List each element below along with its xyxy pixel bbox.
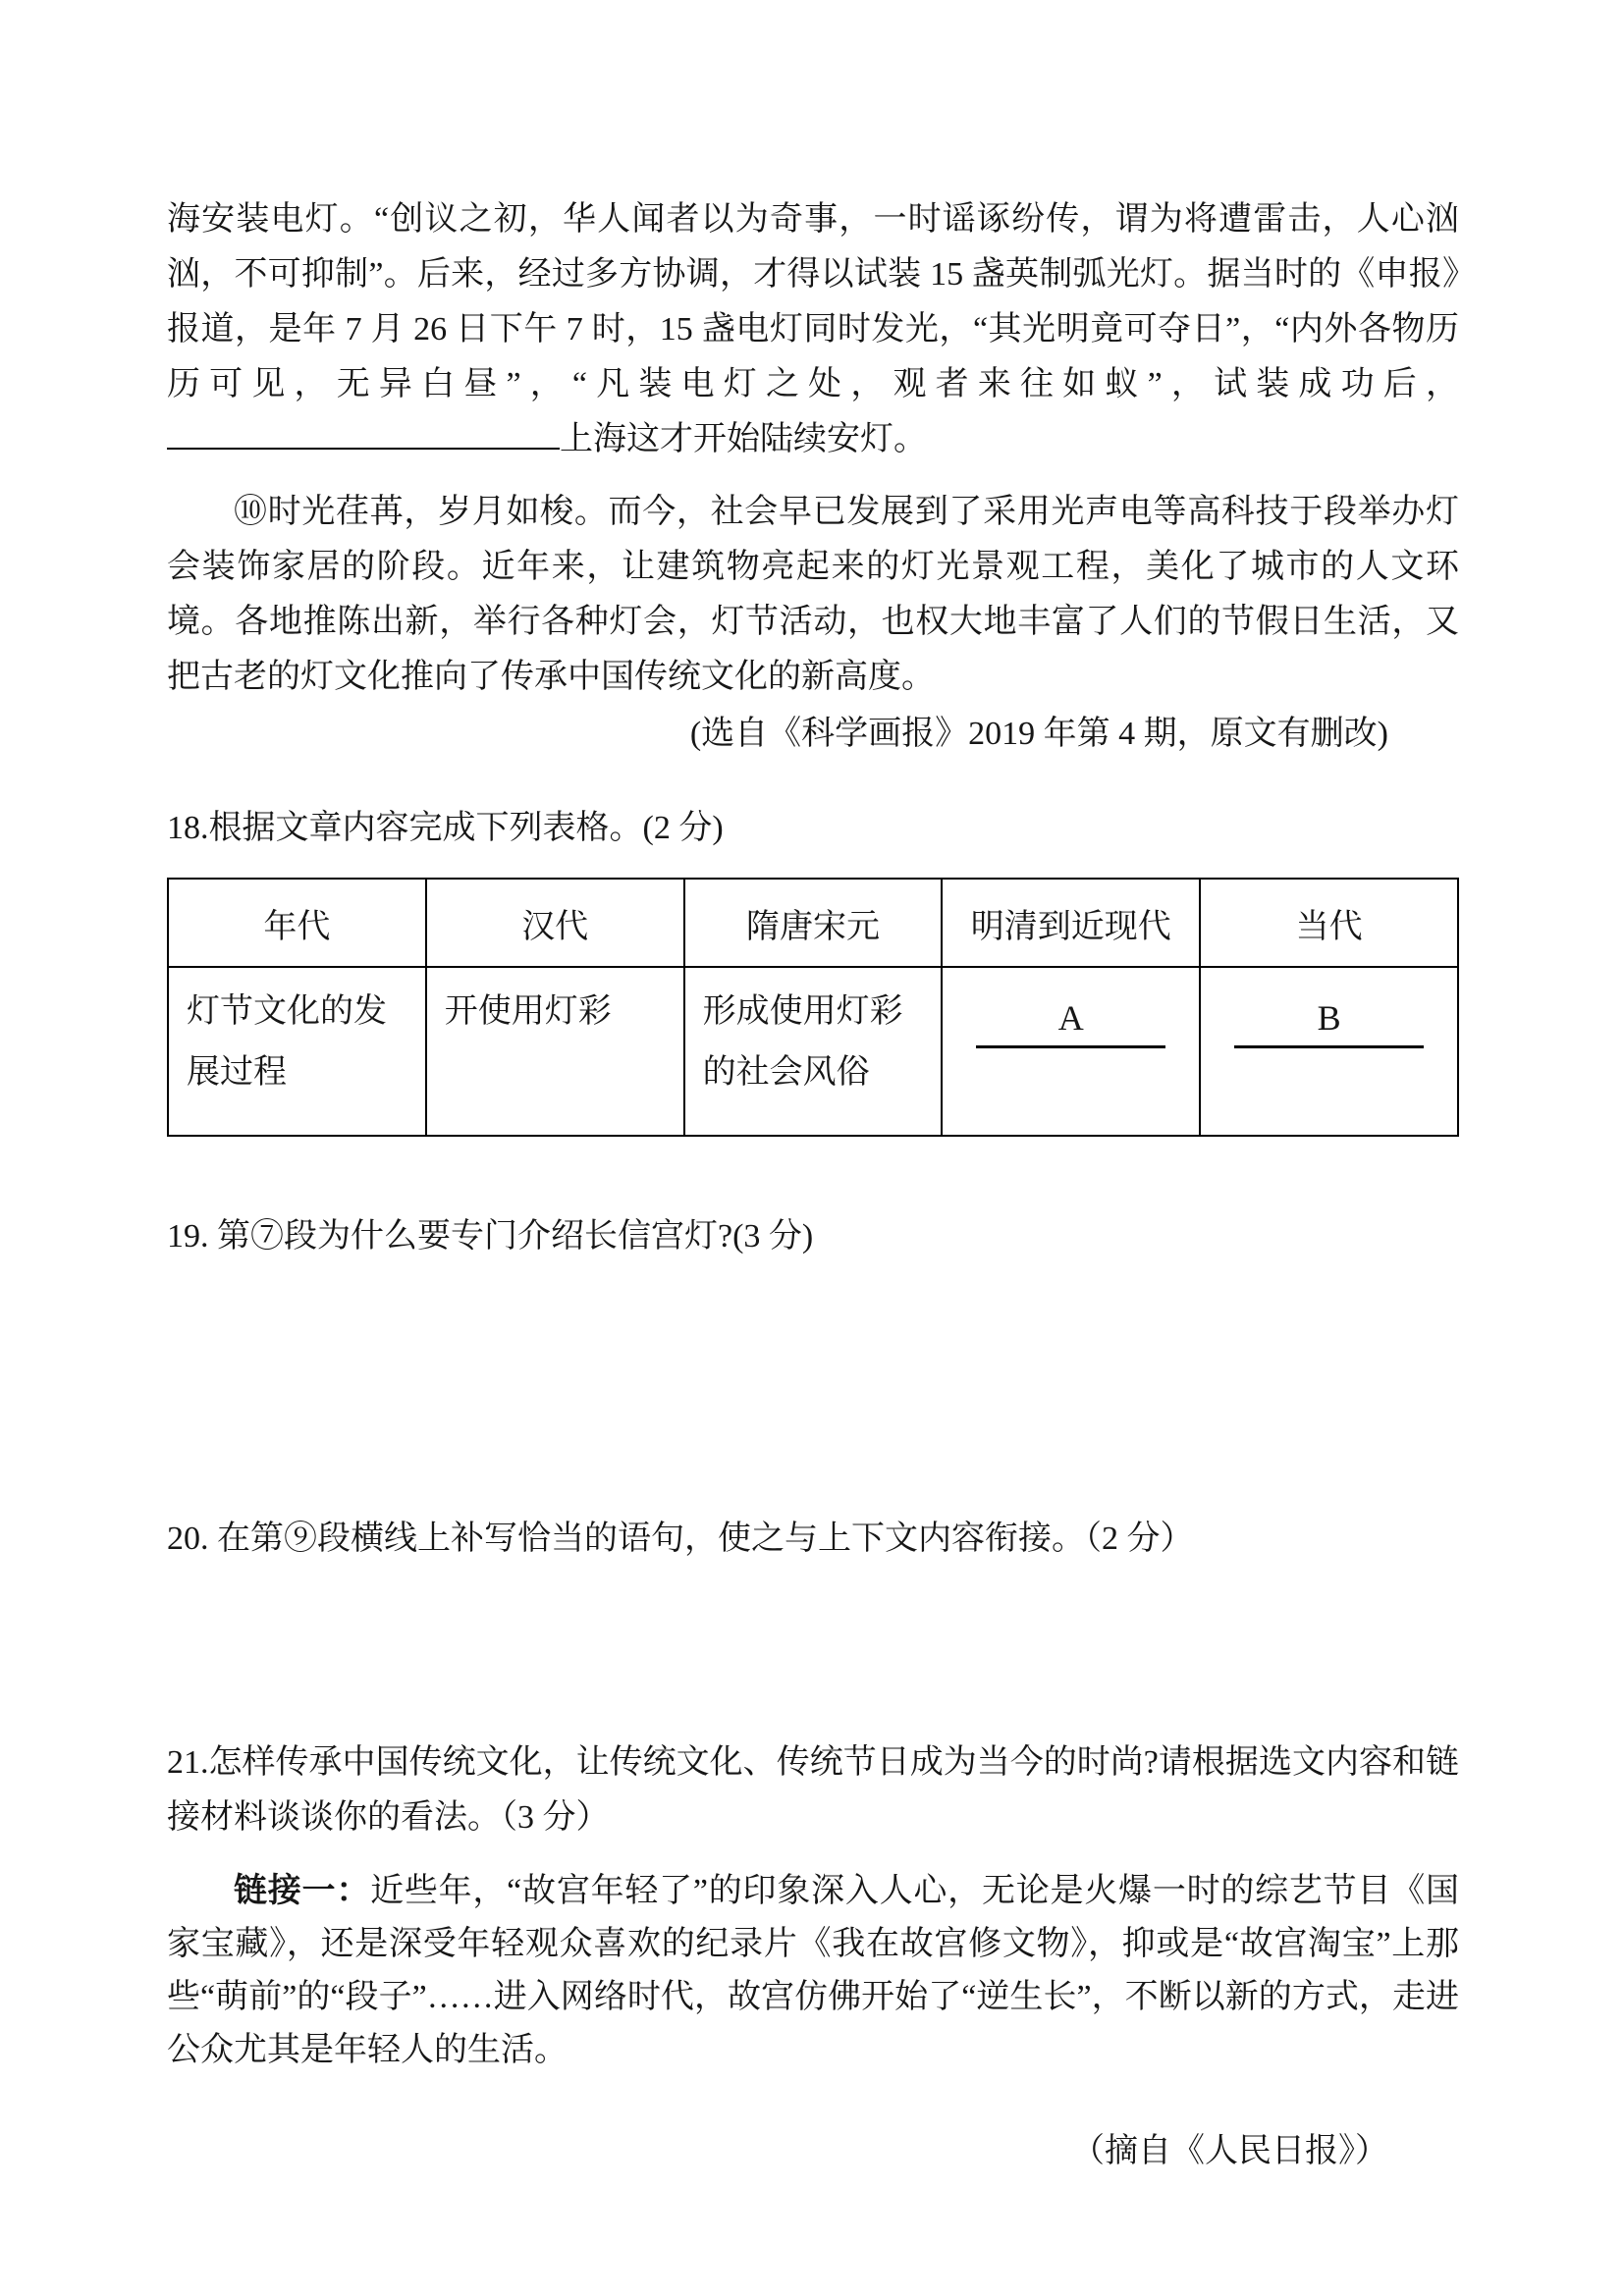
table-header-row: 年代 汉代 隋唐宋元 明清到近现代 当代: [168, 879, 1458, 967]
table-cell-row-label: 灯节文化的发展过程: [168, 967, 426, 1136]
passage-source-attribution: (选自《科学画报》2019 年第 4 期，原文有删改): [167, 707, 1459, 762]
table-header-han-dynasty: 汉代: [426, 879, 684, 967]
question-21: 21.怎样传承中国传统文化，让传统文化、传统节日成为当今的时尚?请根据选文内容和…: [167, 1735, 1459, 1845]
link-material-paragraph: 链接一：近些年，“故宫年轻了”的印象深入人心，无论是火爆一时的综艺节目《国家宝藏…: [167, 1865, 1459, 2077]
table-cell-answer-b: B: [1200, 967, 1458, 1136]
lantern-culture-table: 年代 汉代 隋唐宋元 明清到近现代 当代 灯节文化的发展过程 开使用灯彩 形成使…: [167, 878, 1459, 1137]
table-cell-answer-a: A: [942, 967, 1200, 1136]
question-19: 19. 第⑦段为什么要专门介绍长信宫灯?(3 分): [167, 1209, 1459, 1264]
table-header-sui-tang-song-yuan: 隋唐宋元: [684, 879, 943, 967]
question-18: 18.根据文章内容完成下列表格。(2 分): [167, 801, 1459, 856]
table-header-era: 年代: [168, 879, 426, 967]
link-material-label: 链接一：: [234, 1873, 370, 1909]
table-cell-han: 开使用灯彩: [426, 967, 684, 1136]
answer-blank-a: A: [976, 998, 1165, 1048]
table-body-row: 灯节文化的发展过程 开使用灯彩 形成使用灯彩的社会风俗 A B: [168, 967, 1458, 1136]
paragraph-9-text-after-blank: 上海这才开始陆续安灯。: [560, 421, 927, 457]
paragraph-9-text-before-blank: 海安装电灯。“创议之初，华人闻者以为奇事，一时谣诼纷传，谓为将遭雷击，人心汹汹，…: [167, 201, 1459, 402]
passage-paragraph-10: ⑩时光荏苒，岁月如梭。而今，社会早已发展到了采用光声电等高科技于段举办灯会装饰家…: [167, 485, 1459, 705]
table-header-contemporary: 当代: [1200, 879, 1458, 967]
answer-blank-b: B: [1234, 998, 1424, 1048]
exam-page: 海安装电灯。“创议之初，华人闻者以为奇事，一时谣诼纷传，谓为将遭雷击，人心汹汹，…: [0, 0, 1624, 2296]
link-material-attribution: （摘自《人民日报》）: [167, 2124, 1459, 2179]
passage-paragraph-9-continuation: 海安装电灯。“创议之初，华人闻者以为奇事，一时谣诼纷传，谓为将遭雷击，人心汹汹，…: [167, 192, 1459, 467]
fill-in-blank-line: [167, 440, 560, 450]
table-cell-sui-tang: 形成使用灯彩的社会风俗: [684, 967, 943, 1136]
question-20: 20. 在第⑨段横线上补写恰当的语句，使之与上下文内容衔接。（2 分）: [167, 1512, 1459, 1567]
table-header-ming-qing-modern: 明清到近现代: [942, 879, 1200, 967]
